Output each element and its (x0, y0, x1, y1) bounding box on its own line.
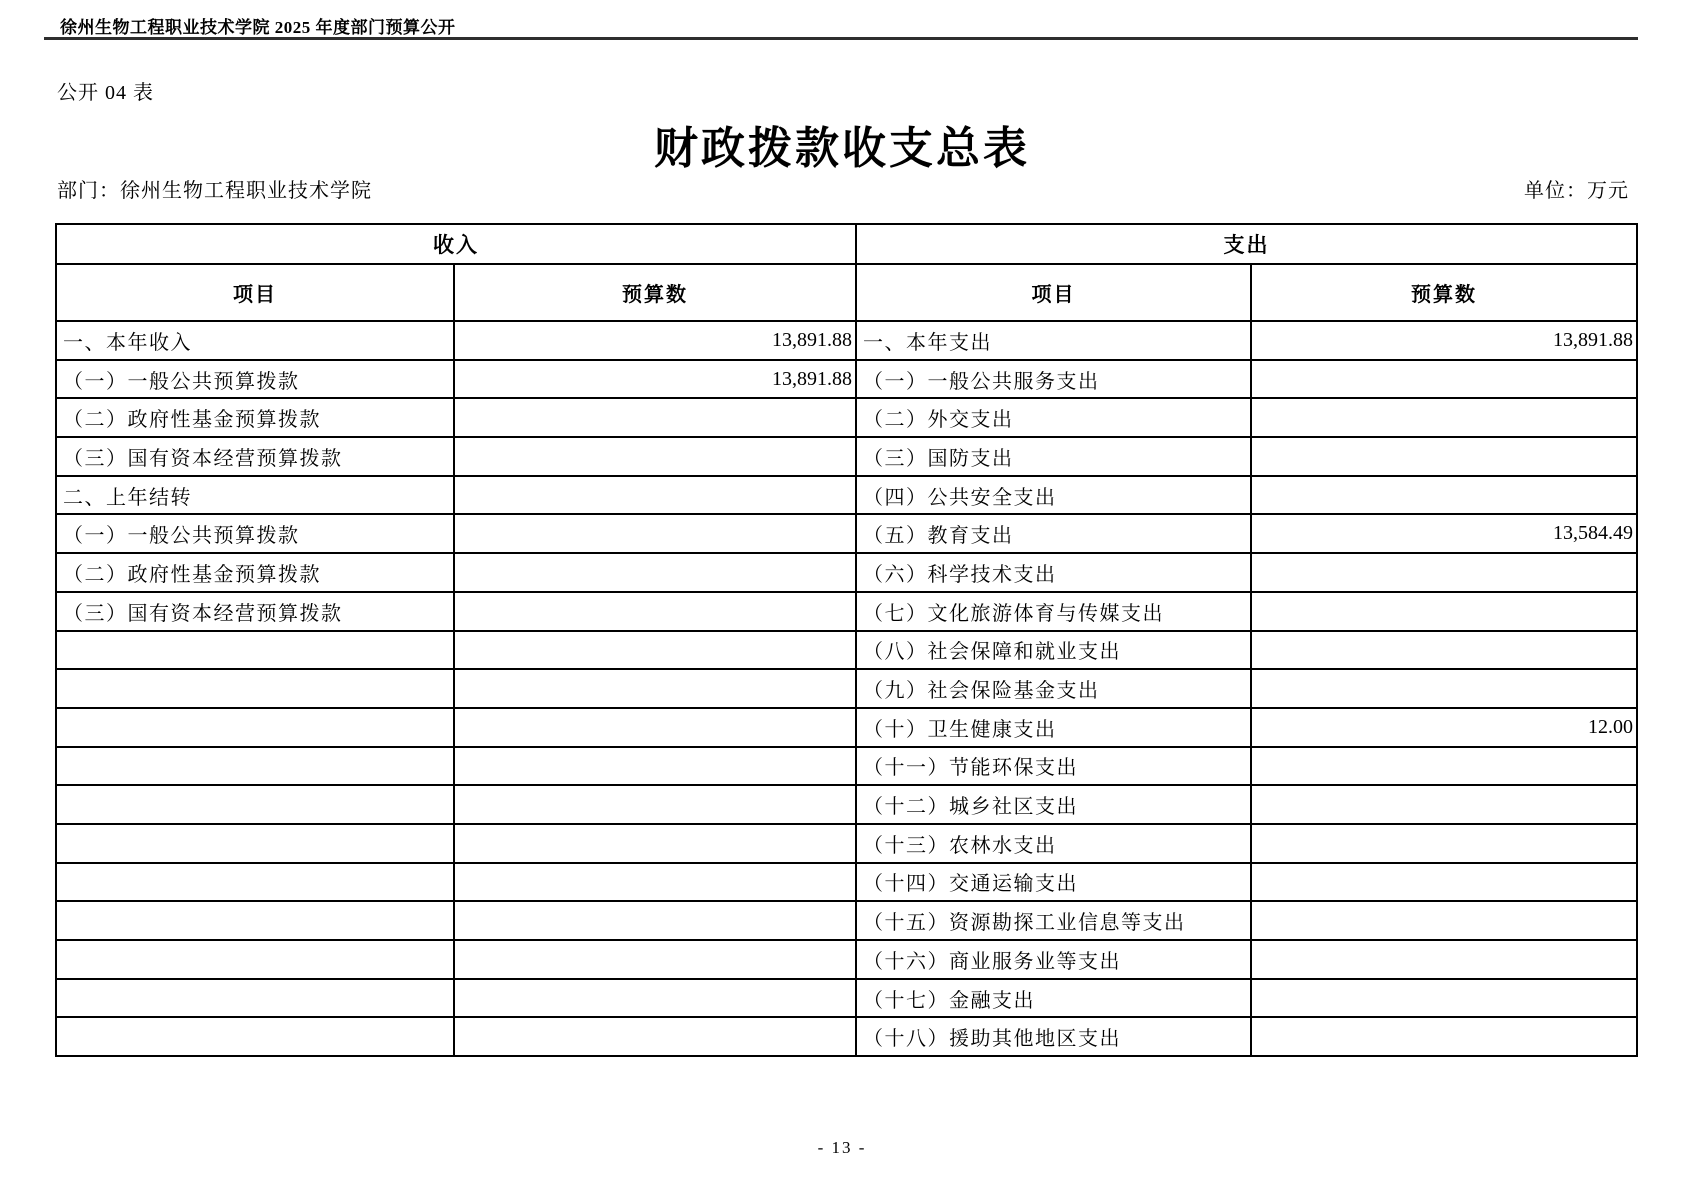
expense-item-cell: （二）外交支出 (856, 398, 1251, 437)
income-item-header: 项目 (56, 264, 454, 321)
income-item-cell: 二、上年结转 (56, 476, 454, 515)
income-item-cell (56, 785, 454, 824)
expense-budget-cell (1251, 863, 1637, 902)
page-title: 财政拨款收支总表 (0, 112, 1684, 176)
expense-budget-cell (1251, 592, 1637, 631)
income-budget-cell (454, 940, 856, 979)
income-budget-cell (454, 631, 856, 670)
header-rule-divider (44, 37, 1638, 40)
income-item-cell (56, 863, 454, 902)
expense-budget-header: 预算数 (1251, 264, 1637, 321)
income-budget-cell (454, 824, 856, 863)
income-group-header: 收入 (56, 224, 856, 264)
table-column-header-row: 项目 预算数 项目 预算数 (56, 264, 1637, 321)
table-row: 一、本年收入 13,891.88 一、本年支出 13,891.88 (56, 321, 1637, 360)
income-budget-cell (454, 553, 856, 592)
expense-item-cell: （五）教育支出 (856, 514, 1251, 553)
income-item-cell: （一）一般公共预算拨款 (56, 360, 454, 399)
expense-item-cell: 一、本年支出 (856, 321, 1251, 360)
expense-budget-cell (1251, 360, 1637, 399)
expense-budget-cell (1251, 476, 1637, 515)
expense-budget-cell (1251, 669, 1637, 708)
table-row: （十四）交通运输支出 (56, 863, 1637, 902)
income-budget-cell: 13,891.88 (454, 321, 856, 360)
table-group-header-row: 收入 支出 (56, 224, 1637, 264)
expense-item-cell: （九）社会保险基金支出 (856, 669, 1251, 708)
expense-item-cell: （十三）农林水支出 (856, 824, 1251, 863)
income-item-cell (56, 631, 454, 670)
table-row: （十一）节能环保支出 (56, 747, 1637, 786)
expense-budget-cell: 13,891.88 (1251, 321, 1637, 360)
expense-budget-cell (1251, 553, 1637, 592)
expense-item-cell: （四）公共安全支出 (856, 476, 1251, 515)
table-row: （一）一般公共预算拨款 （五）教育支出 13,584.49 (56, 514, 1637, 553)
income-item-cell: 一、本年收入 (56, 321, 454, 360)
table-row: （十）卫生健康支出 12.00 (56, 708, 1637, 747)
expense-item-cell: （六）科学技术支出 (856, 553, 1251, 592)
table-row: （十二）城乡社区支出 (56, 785, 1637, 824)
table-row: （三）国有资本经营预算拨款 （七）文化旅游体育与传媒支出 (56, 592, 1637, 631)
income-budget-cell (454, 863, 856, 902)
income-budget-cell (454, 747, 856, 786)
income-budget-cell (454, 398, 856, 437)
income-item-cell (56, 669, 454, 708)
income-budget-cell (454, 785, 856, 824)
expense-group-header: 支出 (856, 224, 1637, 264)
expense-budget-cell (1251, 398, 1637, 437)
income-budget-cell (454, 708, 856, 747)
expense-budget-cell (1251, 747, 1637, 786)
expense-budget-cell (1251, 824, 1637, 863)
page-number: - 13 - (0, 1138, 1684, 1158)
expense-budget-cell (1251, 631, 1637, 670)
expense-budget-cell (1251, 901, 1637, 940)
expense-item-cell: （十一）节能环保支出 (856, 747, 1251, 786)
table-row: （十八）援助其他地区支出 (56, 1017, 1637, 1056)
table-row: （二）政府性基金预算拨款 （六）科学技术支出 (56, 553, 1637, 592)
income-budget-cell (454, 476, 856, 515)
income-item-cell: （一）一般公共预算拨款 (56, 514, 454, 553)
expense-item-header: 项目 (856, 264, 1251, 321)
expense-budget-cell (1251, 1017, 1637, 1056)
income-budget-cell (454, 514, 856, 553)
income-item-cell (56, 979, 454, 1018)
table-meta-row: 部门：徐州生物工程职业技术学院 单位：万元 (57, 174, 1629, 203)
expense-item-cell: （十）卫生健康支出 (856, 708, 1251, 747)
document-page: 徐州生物工程职业技术学院 2025 年度部门预算公开 公开 04 表 财政拨款收… (0, 0, 1684, 1191)
table-row: （九）社会保险基金支出 (56, 669, 1637, 708)
income-item-cell (56, 747, 454, 786)
table-row: （十三）农林水支出 (56, 824, 1637, 863)
expense-item-cell: （十四）交通运输支出 (856, 863, 1251, 902)
income-budget-cell (454, 669, 856, 708)
expense-item-cell: （七）文化旅游体育与传媒支出 (856, 592, 1251, 631)
income-item-cell (56, 940, 454, 979)
table-row: （二）政府性基金预算拨款 （二）外交支出 (56, 398, 1637, 437)
income-item-cell: （三）国有资本经营预算拨款 (56, 437, 454, 476)
expense-budget-cell (1251, 785, 1637, 824)
income-item-cell: （三）国有资本经营预算拨款 (56, 592, 454, 631)
expense-item-cell: （一）一般公共服务支出 (856, 360, 1251, 399)
expense-item-cell: （十二）城乡社区支出 (856, 785, 1251, 824)
income-budget-cell (454, 979, 856, 1018)
income-item-cell (56, 824, 454, 863)
department-label: 部门：徐州生物工程职业技术学院 (57, 174, 372, 203)
income-item-cell (56, 708, 454, 747)
income-item-cell: （二）政府性基金预算拨款 (56, 398, 454, 437)
income-budget-cell (454, 437, 856, 476)
expense-budget-cell (1251, 940, 1637, 979)
expense-budget-cell: 12.00 (1251, 708, 1637, 747)
income-item-cell: （二）政府性基金预算拨款 (56, 553, 454, 592)
table-row: （一）一般公共预算拨款 13,891.88 （一）一般公共服务支出 (56, 360, 1637, 399)
expense-item-cell: （三）国防支出 (856, 437, 1251, 476)
expense-item-cell: （十七）金融支出 (856, 979, 1251, 1018)
budget-summary-table: 收入 支出 项目 预算数 项目 预算数 一、本年收入 13,891.88 一、本… (55, 223, 1638, 1057)
expense-item-cell: （十六）商业服务业等支出 (856, 940, 1251, 979)
income-budget-cell (454, 901, 856, 940)
unit-label: 单位：万元 (1524, 174, 1629, 203)
expense-budget-cell (1251, 437, 1637, 476)
expense-item-cell: （八）社会保障和就业支出 (856, 631, 1251, 670)
table-row: （十五）资源勘探工业信息等支出 (56, 901, 1637, 940)
document-header-title: 徐州生物工程职业技术学院 2025 年度部门预算公开 (60, 13, 456, 38)
table-row: （十七）金融支出 (56, 979, 1637, 1018)
income-item-cell (56, 1017, 454, 1056)
expense-item-cell: （十八）援助其他地区支出 (856, 1017, 1251, 1056)
table-row: 二、上年结转 （四）公共安全支出 (56, 476, 1637, 515)
expense-item-cell: （十五）资源勘探工业信息等支出 (856, 901, 1251, 940)
table-row: （十六）商业服务业等支出 (56, 940, 1637, 979)
income-budget-cell (454, 1017, 856, 1056)
table-row: （三）国有资本经营预算拨款 （三）国防支出 (56, 437, 1637, 476)
income-budget-cell (454, 592, 856, 631)
income-item-cell (56, 901, 454, 940)
expense-budget-cell: 13,584.49 (1251, 514, 1637, 553)
form-number-label: 公开 04 表 (57, 76, 154, 105)
income-budget-header: 预算数 (454, 264, 856, 321)
income-budget-cell: 13,891.88 (454, 360, 856, 399)
table-row: （八）社会保障和就业支出 (56, 631, 1637, 670)
expense-budget-cell (1251, 979, 1637, 1018)
